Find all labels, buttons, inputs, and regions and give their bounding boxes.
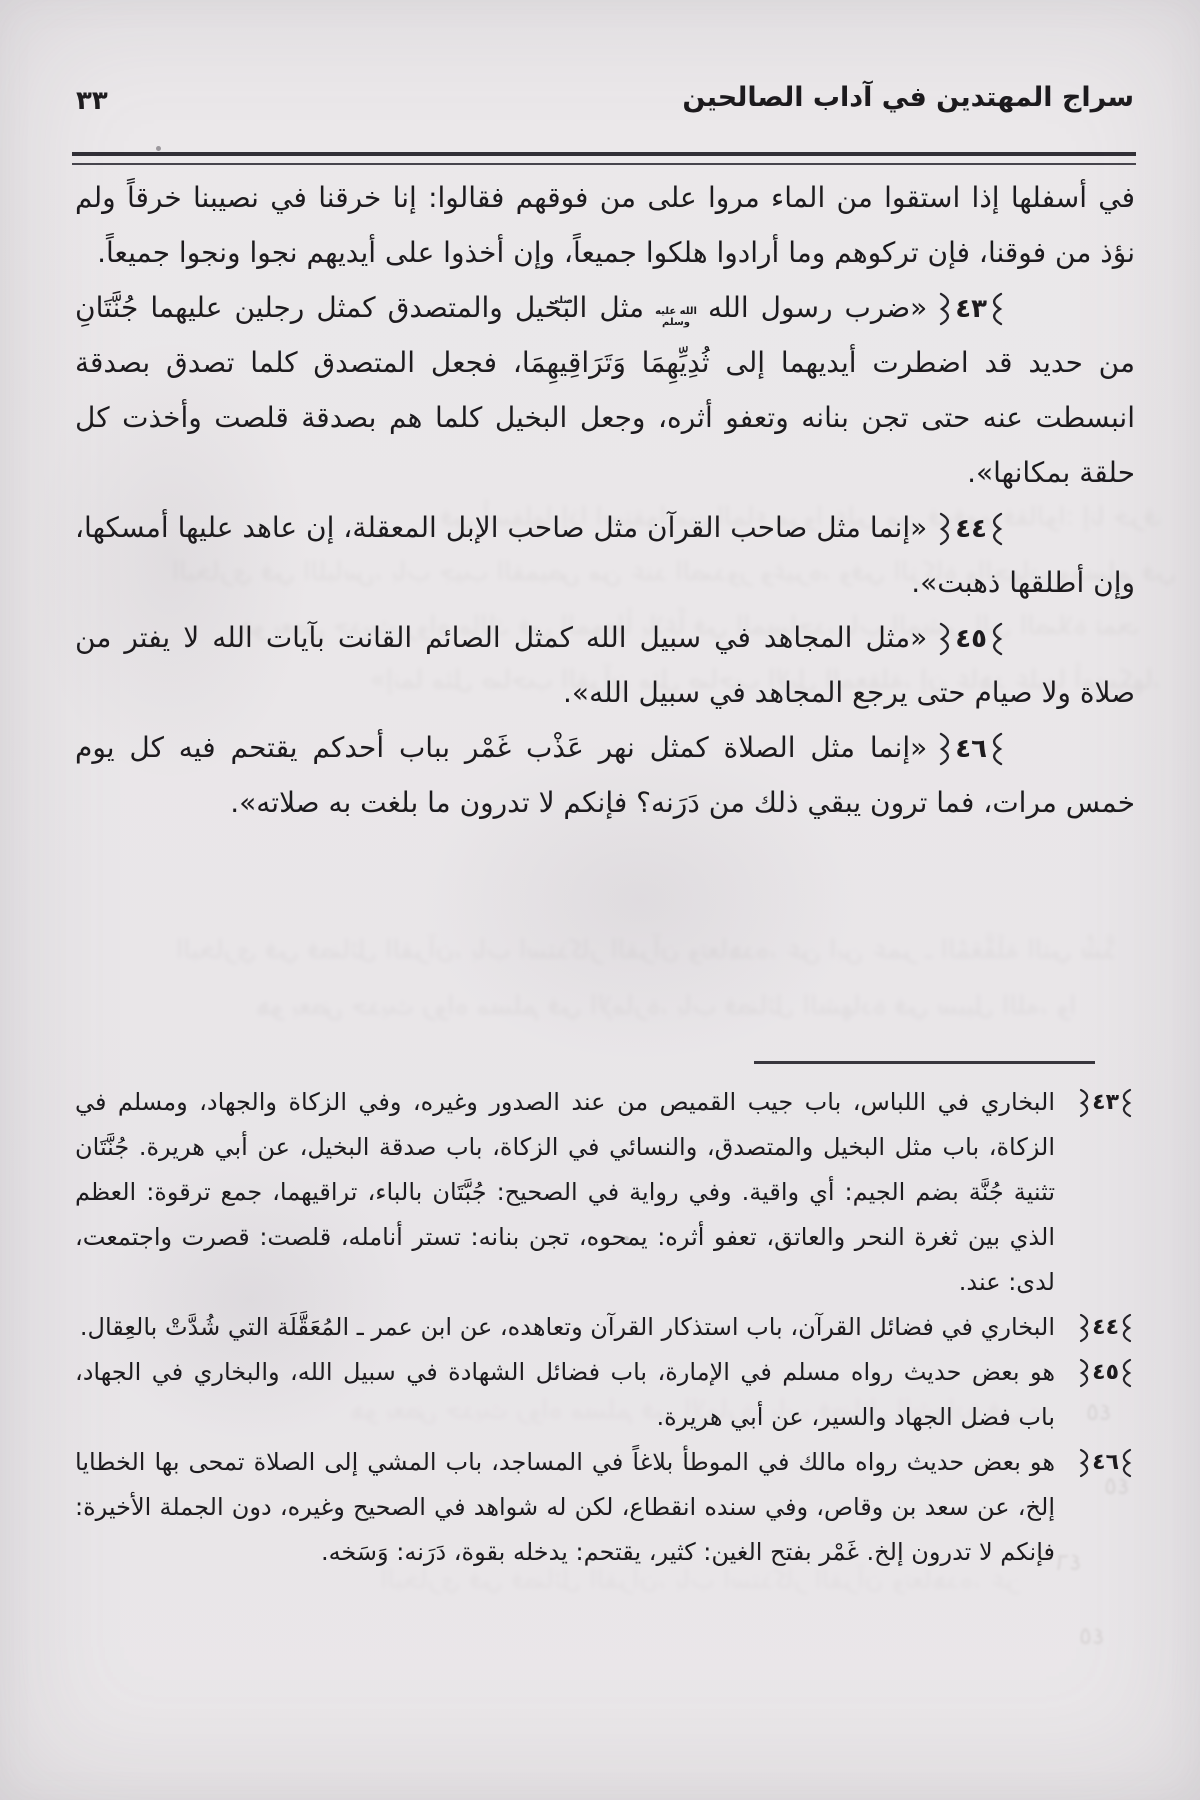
ornate-bracket-icon — [1078, 1448, 1090, 1478]
ornate-bracket-icon — [1121, 1448, 1133, 1478]
bleed-through-ghost: البخاري في فضائل القرآن، باب استذكار الق… — [176, 930, 1116, 972]
footnote-marker: ٤٥ — [1078, 1358, 1133, 1388]
ornate-bracket-icon — [937, 731, 952, 767]
ornate-bracket-icon — [1078, 1358, 1090, 1388]
book-page-scan: في أسفلها إذا استقوا من الماء مروا على م… — [0, 0, 1200, 1800]
ornate-bracket-icon — [937, 621, 952, 657]
footnote-marker: ٤٦ — [1078, 1448, 1133, 1478]
footnote-separator — [754, 1061, 1095, 1064]
ornate-bracket-icon — [1121, 1088, 1133, 1118]
hadith-paragraph: ٤٣ «ضرب رسول اللهصلى الله عليه وسلممثل ا… — [75, 280, 1135, 500]
footnote-item: ٤٤ البخاري في فضائل القرآن، باب استذكار … — [75, 1305, 1135, 1350]
footnotes-section: ٤٣ البخاري في اللباس، باب جيب القميص من … — [75, 1080, 1135, 1575]
hadith-paragraph: ٤٦ «إنما مثل الصلاة كمثل نهر عَذْب غَمْر… — [75, 720, 1135, 830]
page-number: ٣٣ — [76, 86, 108, 116]
hadith-paragraph: ٤٤ «إنما مثل صاحب القرآن مثل صاحب الإبل … — [75, 500, 1135, 610]
footnote-item: ٤٥ هو بعض حديث رواه مسلم في الإمارة، باب… — [75, 1350, 1135, 1440]
body-text: في أسفلها إذا استقوا من الماء مروا على م… — [75, 170, 1135, 830]
hadith-number: ٤٥ — [954, 626, 988, 652]
ornate-bracket-icon — [937, 511, 952, 547]
hadith-number: ٤٤ — [954, 516, 988, 542]
footnote-marker: ٤٣ — [1078, 1088, 1133, 1118]
footnote-text: البخاري في اللباس، باب جيب القميص من عند… — [75, 1088, 1055, 1296]
paragraph-continuation: في أسفلها إذا استقوا من الماء مروا على م… — [75, 170, 1135, 280]
ornate-bracket-icon — [1121, 1313, 1133, 1343]
footnote-number: ٤٣ — [1092, 1092, 1119, 1114]
footnote-text: هو بعض حديث رواه مالك في الموطأ بلاغاً ف… — [75, 1448, 1055, 1566]
hadith-marker: ٤٦ — [937, 731, 1005, 767]
hadith-marker: ٤٣ — [937, 291, 1005, 327]
hadith-number: ٤٣ — [954, 296, 988, 322]
hadith-text: «ضرب رسول الله — [708, 291, 927, 324]
footnote-marker: ٤٤ — [1078, 1313, 1133, 1343]
bleed-through-ghost-number: ٤٥ — [1079, 1622, 1105, 1650]
footnote-number: ٤٦ — [1092, 1452, 1119, 1474]
ornate-bracket-icon — [990, 511, 1005, 547]
honorific-mark: صلى الله عليه وسلم — [649, 295, 703, 328]
footnote-text: البخاري في فضائل القرآن، باب استذكار الق… — [80, 1313, 1055, 1341]
ornate-bracket-icon — [1078, 1088, 1090, 1118]
footnote-text: هو بعض حديث رواه مسلم في الإمارة، باب فض… — [75, 1358, 1055, 1431]
ornate-bracket-icon — [1121, 1358, 1133, 1388]
ornate-bracket-icon — [937, 291, 952, 327]
hadith-marker: ٤٤ — [937, 511, 1005, 547]
footnote-item: ٤٦ هو بعض حديث رواه مالك في الموطأ بلاغا… — [75, 1440, 1135, 1575]
ornate-bracket-icon — [990, 731, 1005, 767]
ornate-bracket-icon — [990, 291, 1005, 327]
bleed-through-ghost: هو بعض حديث رواه مسلم في الإمارة، باب فض… — [256, 986, 1076, 1028]
footnote-item: ٤٣ البخاري في اللباس، باب جيب القميص من … — [75, 1080, 1135, 1305]
footnote-number: ٤٥ — [1092, 1362, 1119, 1384]
hadith-number: ٤٦ — [954, 736, 988, 762]
hadith-marker: ٤٥ — [937, 621, 1005, 657]
page-title: سراج المهتدين في آداب الصالحين — [682, 82, 1134, 113]
scan-speck — [156, 146, 161, 151]
ornate-bracket-icon — [1078, 1313, 1090, 1343]
footnote-number: ٤٤ — [1092, 1317, 1119, 1339]
ornate-bracket-icon — [990, 621, 1005, 657]
header-rule — [72, 152, 1136, 165]
hadith-paragraph: ٤٥ «مثل المجاهد في سبيل الله كمثل الصائم… — [75, 610, 1135, 720]
